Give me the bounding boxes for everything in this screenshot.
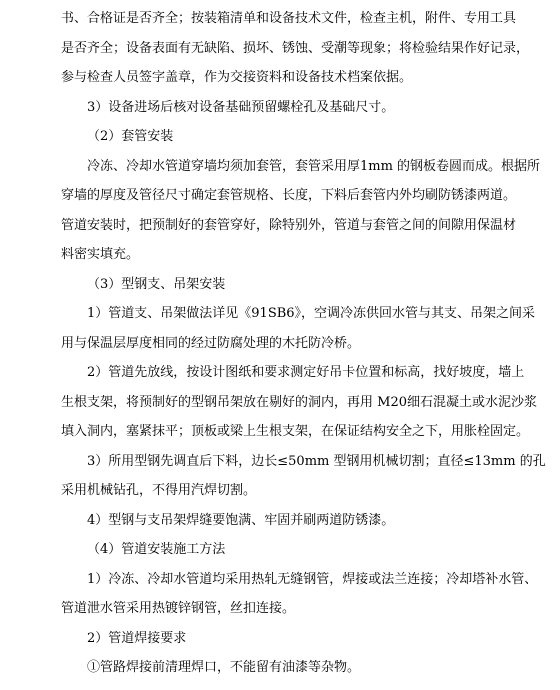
text-line: 填入洞内，塞紧抹平；顶板或梁上生根支架，在保证结构安全之下，用胀栓固定。 xyxy=(61,417,516,447)
text-line: 书、合格证是否齐全；按装箱清单和设备技术文件，检查主机，附件、专用工具 xyxy=(61,4,516,34)
text-line: 3）设备进场后核对设备基础预留螺栓孔及基础尺寸。 xyxy=(61,93,516,123)
text-line: 参与检查人员签字盖章，作为交接资料和设备技术档案依据。 xyxy=(61,63,516,93)
document-text-block: 书、合格证是否齐全；按装箱清单和设备技术文件，检查主机，附件、专用工具是否齐全；… xyxy=(61,4,516,683)
text-line: 用与保温层厚度相同的经过防腐处理的木托防冷桥。 xyxy=(61,329,516,359)
text-line: 1）管道支、吊架做法详见《91SB6》，空调冷冻供回水管与其支、吊架之间采 xyxy=(61,299,516,329)
text-line: 管道泄水管采用热镀锌钢管，丝扣连接。 xyxy=(61,594,516,624)
text-line: 2）管道先放线，按设计图纸和要求测定好吊卡位置和标高，找好坡度，墙上 xyxy=(61,358,516,388)
text-line: 管道安装时，把预制好的套管穿好，除特别外，管道与套管之间的间隙用保温材 xyxy=(61,211,516,241)
text-line: （4）管道安装施工方法 xyxy=(61,535,516,565)
text-line: 生根支架，将预制好的型钢吊架放在剔好的洞内，再用 M20细石混凝土或水泥沙浆 xyxy=(61,388,516,418)
text-line: 1）冷冻、冷却水管道均采用热轧无缝钢管，焊接或法兰连接；冷却塔补水管、 xyxy=(61,565,516,595)
text-line: ①管路焊接前清理焊口，不能留有油漆等杂物。 xyxy=(61,653,516,683)
text-line: 冷冻、冷却水管道穿墙均须加套管，套管采用厚1mm 的钢板卷圆而成。根据所 xyxy=(61,152,516,182)
document-page: 书、合格证是否齐全；按装箱清单和设备技术文件，检查主机，附件、专用工具是否齐全；… xyxy=(0,0,560,690)
text-line: 是否齐全；设备表面有无缺陷、损坏、锈蚀、受潮等现象；将检验结果作好记录， xyxy=(61,34,516,64)
text-line: 4）型钢与支吊架焊缝要饱满、牢固并刷两道防锈漆。 xyxy=(61,506,516,536)
text-line: （3）型钢支、吊架安装 xyxy=(61,270,516,300)
text-line: （2）套管安装 xyxy=(61,122,516,152)
text-line: 穿墙的厚度及管径尺寸确定套管规格、长度，下料后套管内外均刷防锈漆两道。 xyxy=(61,181,516,211)
text-line: 3）所用型钢先调直后下料，边长≤50mm 型钢用机械切割；直径≤13mm 的孔 xyxy=(61,447,516,477)
text-line: 采用机械钻孔，不得用汽焊切割。 xyxy=(61,476,516,506)
text-line: 2）管道焊接要求 xyxy=(61,624,516,654)
text-line: 料密实填充。 xyxy=(61,240,516,270)
